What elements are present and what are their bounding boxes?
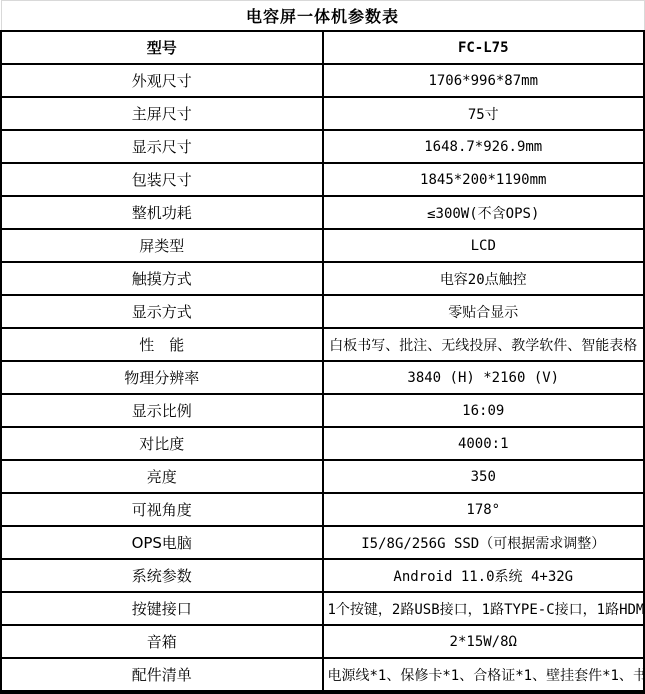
spec-value: 16:09 bbox=[323, 394, 645, 427]
table-row: 显示尺寸1648.7*926.9mm bbox=[1, 130, 644, 163]
spec-value: 零贴合显示 bbox=[323, 295, 645, 328]
spec-label: 主屏尺寸 bbox=[1, 97, 323, 130]
title-row: 电容屏一体机参数表 bbox=[1, 1, 644, 32]
table-row: 主屏尺寸75寸 bbox=[1, 97, 644, 130]
spec-label: 触摸方式 bbox=[1, 262, 323, 295]
spec-label: 型号 bbox=[1, 31, 323, 64]
spec-label: 配件清单 bbox=[1, 658, 323, 692]
spec-label: 显示方式 bbox=[1, 295, 323, 328]
spec-label: 显示尺寸 bbox=[1, 130, 323, 163]
spec-label: OPS电脑 bbox=[1, 526, 323, 559]
table-row: OPS电脑I5/8G/256G SSD（可根据需求调整） bbox=[1, 526, 644, 559]
table-row: 亮度350 bbox=[1, 460, 644, 493]
spec-label: 屏类型 bbox=[1, 229, 323, 262]
spec-label: 可视角度 bbox=[1, 493, 323, 526]
spec-value: 电源线*1、保修卡*1、合格证*1、壁挂套件*1、书写笔*1、壁挂架*1 bbox=[323, 658, 645, 692]
spec-label: 对比度 bbox=[1, 427, 323, 460]
spec-label: 显示比例 bbox=[1, 394, 323, 427]
spec-value: 1个按键，2路USB接口，1路TYPE-C接口，1路HDMI接口，1路TOUCH… bbox=[323, 592, 645, 625]
table-row: 配件清单电源线*1、保修卡*1、合格证*1、壁挂套件*1、书写笔*1、壁挂架*1 bbox=[1, 658, 644, 692]
spec-value: 178° bbox=[323, 493, 645, 526]
table-row: 性 能白板书写、批注、无线投屏、教学软件、智能表格 bbox=[1, 328, 644, 361]
spec-value: Android 11.0系统 4+32G bbox=[323, 559, 645, 592]
spec-value: 4000:1 bbox=[323, 427, 645, 460]
table-row: 按键接口1个按键，2路USB接口，1路TYPE-C接口，1路HDMI接口，1路T… bbox=[1, 592, 644, 625]
spec-value: 350 bbox=[323, 460, 645, 493]
spec-value: 75寸 bbox=[323, 97, 645, 130]
spec-value: LCD bbox=[323, 229, 645, 262]
spec-label: 物理分辨率 bbox=[1, 361, 323, 394]
spec-value: 1706*996*87mm bbox=[323, 64, 645, 97]
spec-table-header: 电容屏一体机参数表 bbox=[1, 1, 644, 32]
table-title: 电容屏一体机参数表 bbox=[1, 1, 644, 32]
spec-sheet: 电容屏一体机参数表 型号FC-L75外观尺寸1706*996*87mm主屏尺寸7… bbox=[0, 0, 645, 694]
spec-table: 电容屏一体机参数表 型号FC-L75外观尺寸1706*996*87mm主屏尺寸7… bbox=[0, 0, 645, 694]
spec-label: 整机功耗 bbox=[1, 196, 323, 229]
spec-value: 2*15W/8Ω bbox=[323, 625, 645, 658]
spec-label: 外观尺寸 bbox=[1, 64, 323, 97]
spec-table-body: 型号FC-L75外观尺寸1706*996*87mm主屏尺寸75寸显示尺寸1648… bbox=[1, 31, 644, 692]
table-row: 型号FC-L75 bbox=[1, 31, 644, 64]
table-row: 系统参数Android 11.0系统 4+32G bbox=[1, 559, 644, 592]
spec-label: 按键接口 bbox=[1, 592, 323, 625]
table-row: 显示比例16:09 bbox=[1, 394, 644, 427]
table-row: 音箱2*15W/8Ω bbox=[1, 625, 644, 658]
spec-label: 性 能 bbox=[1, 328, 323, 361]
spec-value: 3840 (H) *2160 (V) bbox=[323, 361, 645, 394]
table-row: 对比度4000:1 bbox=[1, 427, 644, 460]
spec-label: 系统参数 bbox=[1, 559, 323, 592]
spec-value: 1845*200*1190mm bbox=[323, 163, 645, 196]
table-row: 物理分辨率3840 (H) *2160 (V) bbox=[1, 361, 644, 394]
spec-value: 白板书写、批注、无线投屏、教学软件、智能表格 bbox=[323, 328, 645, 361]
spec-value: I5/8G/256G SSD（可根据需求调整） bbox=[323, 526, 645, 559]
table-row: 显示方式零贴合显示 bbox=[1, 295, 644, 328]
spec-value: FC-L75 bbox=[323, 31, 645, 64]
spec-value: 1648.7*926.9mm bbox=[323, 130, 645, 163]
table-row: 包装尺寸1845*200*1190mm bbox=[1, 163, 644, 196]
spec-label: 音箱 bbox=[1, 625, 323, 658]
spec-value: ≤300W(不含OPS) bbox=[323, 196, 645, 229]
spec-label: 亮度 bbox=[1, 460, 323, 493]
table-row: 可视角度178° bbox=[1, 493, 644, 526]
spec-value: 电容20点触控 bbox=[323, 262, 645, 295]
table-row: 屏类型LCD bbox=[1, 229, 644, 262]
table-row: 触摸方式电容20点触控 bbox=[1, 262, 644, 295]
table-row: 外观尺寸1706*996*87mm bbox=[1, 64, 644, 97]
table-row: 整机功耗≤300W(不含OPS) bbox=[1, 196, 644, 229]
spec-label: 包装尺寸 bbox=[1, 163, 323, 196]
